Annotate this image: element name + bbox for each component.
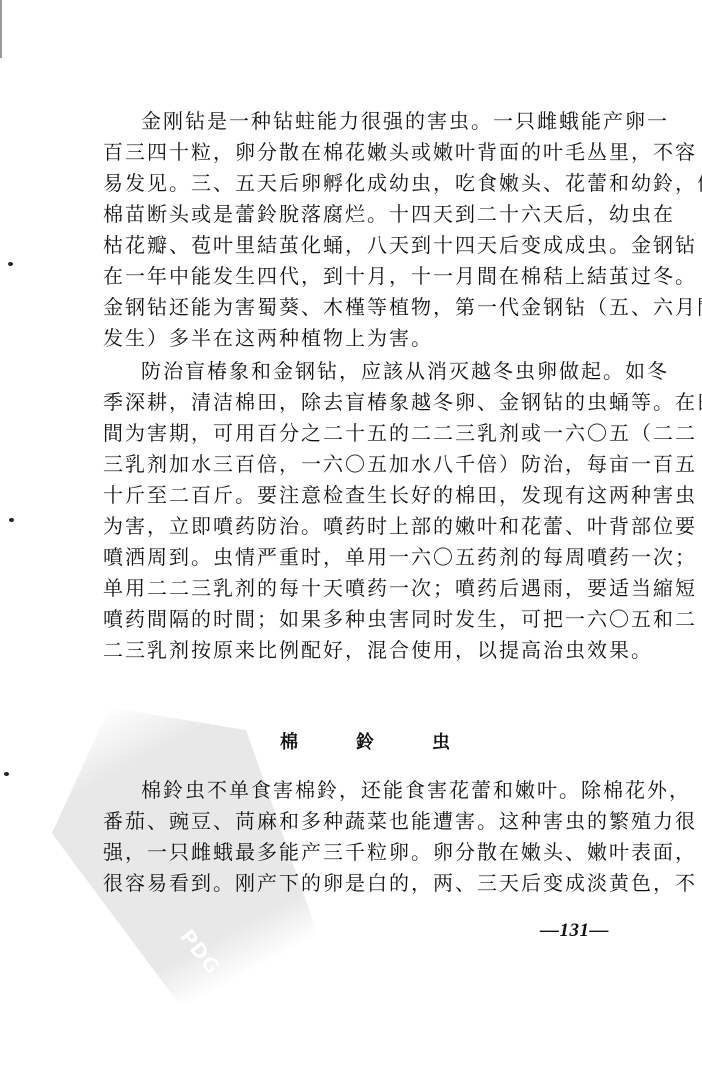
text-line: 棉苗断头或是蕾鈴脫落腐烂。十四天到二十六天后，幼虫在 [103,199,637,230]
page-number: —131— [540,920,609,942]
text-line: 防治盲椿象和金钢钻，应該从消灭越冬虫卵做起。如冬 [103,356,637,387]
section-title-char: 虫 [432,728,450,754]
section-title-char: 棉 [280,728,298,754]
text-line: 番茄、豌豆、苘麻和多种蔬菜也能遭害。这种害虫的繁殖力很 [103,806,637,837]
paragraph-2: 防治盲椿象和金钢钻，应該从消灭越冬虫卵做起。如冬 季深耕，清洁棉田，除去盲椿象越… [103,356,637,666]
text-line: 强，一只雌蛾最多能产三千粒卵。卵分散在嫩头、嫩叶表面， [103,837,637,868]
text-line: 金刚钻是一种钻蛀能力很强的害虫。一只雌蛾能产卵一 [103,106,637,137]
text-line: 金钢钻还能为害蜀葵、木槿等植物，第一代金钢钻（五、六月間 [103,292,637,323]
scan-speck [4,772,9,776]
paragraph-1: 金刚钻是一种钻蛀能力很强的害虫。一只雌蛾能产卵一 百三四十粒，卵分散在棉花嫩头或… [103,106,637,354]
scan-edge-line [0,0,2,58]
text-line: 单用二二三乳剂的每十天噴药一次；噴药后遇雨，要适当縮短 [103,573,637,604]
text-line: 季深耕，清洁棉田，除去盲椿象越冬卵、金钢钻的虫蛹等。在田 [103,387,637,418]
text-line: 二三乳剂按原来比例配好，混合使用，以提高治虫效果。 [103,635,637,666]
text-line: 噴洒周到。虫情严重时，单用一六〇五药剂的每周噴药一次； [103,542,637,573]
section-title-char: 鈴 [356,728,374,754]
text-line: 在一年中能发生四代，到十月，十一月間在棉秸上結茧过冬。 [103,261,637,292]
text-line: 間为害期，可用百分之二十五的二二三乳剂或一六〇五（二二 [103,418,637,449]
scan-speck [9,518,14,522]
paragraph-3: 棉鈴虫不单食害棉鈴，还能食害花蕾和嫩叶。除棉花外， 番茄、豌豆、苘麻和多种蔬菜也… [103,775,637,899]
text-line: 三乳剂加水三百倍，一六〇五加水八千倍）防治，每亩一百五 [103,449,637,480]
text-line: 棉鈴虫不单食害棉鈴，还能食害花蕾和嫩叶。除棉花外， [103,775,637,806]
text-line: 很容易看到。刚产下的卵是白的，两、三天后变成淡黄色，不 [103,868,637,899]
text-line: 噴药間隔的时間；如果多种虫害同时发生，可把一六〇五和二 [103,604,637,635]
text-line: 发生）多半在这两种植物上为害。 [103,323,637,354]
text-line: 百三四十粒，卵分散在棉花嫩头或嫩叶背面的叶毛丛里，不容 [103,137,637,168]
text-line: 十斤至二百斤。要注意检查生长好的棉田，发现有这两种害虫 [103,480,637,511]
text-line: 易发见。三、五天后卵孵化成幼虫，吃食嫩头、花蕾和幼鈴，使 [103,168,637,199]
section-title: 棉 鈴 虫 [280,728,450,754]
text-line: 为害，立即噴药防治。噴药时上部的嫩叶和花蕾、叶背部位要 [103,511,637,542]
text-line: 枯花瓣、苞叶里結茧化蛹，八天到十四天后变成成虫。金钢钻 [103,230,637,261]
scan-speck [8,262,13,266]
